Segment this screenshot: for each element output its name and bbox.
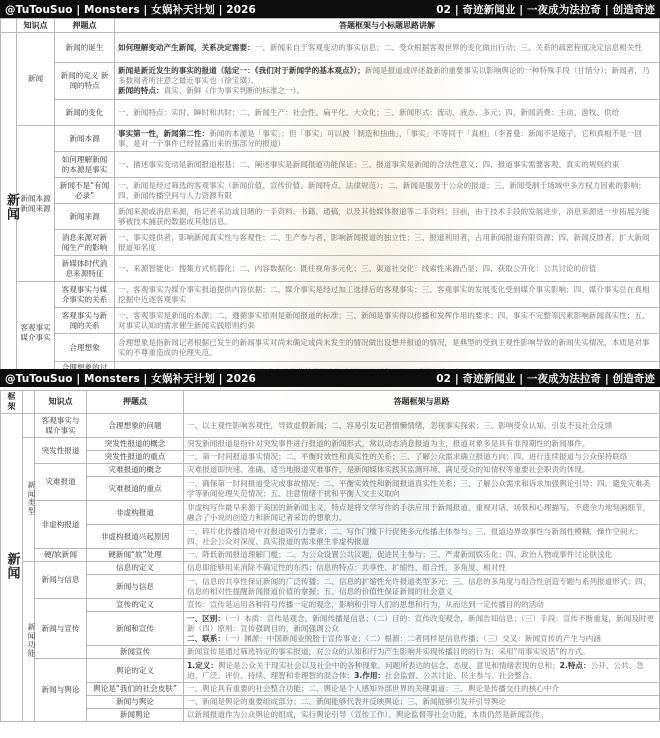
banner-left: @TuTouSuo | Monsters | 女娲补天计划 | 2026 bbox=[5, 371, 256, 386]
table-row: 新闻与舆论 一、新闻是舆论的重要组成部分；二、新闻能够代表并反映舆论；三、新闻能… bbox=[1, 696, 660, 709]
topic-cell: 非虚构报道 bbox=[35, 501, 87, 549]
table-row: 灾难报道的重点 一、确保第一时间报道受灾或事故情况；二、平衡实效性和新闻报道真实… bbox=[1, 477, 660, 501]
section-cell: 新闻类型 bbox=[23, 438, 35, 562]
header-banner: @TuTouSuo | Monsters | 女娲补天计划 | 2026 02 … bbox=[0, 369, 660, 387]
header-banner: @TuTouSuo | Monsters | 女娲补天计划 | 2026 02 … bbox=[0, 0, 660, 18]
header-answer: 答题框架与思路 bbox=[184, 391, 660, 414]
answer-cell: 新闻宣传是通过筛选特定的事实报道，对公众的认知和行为产生影响并实现传播目的的行为… bbox=[184, 646, 660, 659]
table-row: 突发性报道的重点 一、第一时间报道事实情况；二、平衡时效性和真实性的关系；三、了… bbox=[1, 451, 660, 464]
knowledge-table-2: 框架 知识点 押题点 答题框架与思路 新闻 客观事实与媒介事实 合理想象的问题 … bbox=[0, 390, 660, 722]
banner-left: @TuTouSuo | Monsters | 女娲补天计划 | 2026 bbox=[5, 2, 256, 17]
table-row: 新闻宣传 新闻宣传是通过筛选特定的事实报道，对公众的认知和行为产生影响并实现传播… bbox=[1, 646, 660, 659]
point-cell: 非虚构报道 bbox=[87, 501, 184, 525]
point-cell: 舆论的定义 bbox=[87, 659, 184, 683]
point-cell: 灾难报道的重点 bbox=[87, 477, 184, 501]
table-row: 新媒体时代消息来源特征 一、来源智能化：搜集方式机器化；二、内容数据化：既往视角… bbox=[1, 256, 660, 282]
topic-cell: 硬/软新闻 bbox=[35, 549, 87, 562]
table-row: 硬/软新闻 硬新闻“软”处理 一、降低新闻报道理解门槛；二、为公众设置公共议题，… bbox=[1, 549, 660, 562]
header-point: 押题点 bbox=[55, 19, 115, 33]
table-row: 新闻舆论 以新闻报道作为公众舆论的组成，实行舆论引导（宣传工作）、舆论监督等社会… bbox=[1, 709, 660, 722]
table-row: 灾难报道 灾难报道的概念 灾难报道即快速、准确、适当地报道灾难事件，是新闻媒体实… bbox=[1, 464, 660, 477]
table-row: 消息来源对新闻生产的影响 一、事实提供者，影响新闻真实性与客观性；二、生产参与者… bbox=[1, 230, 660, 256]
table-row: 客观事实与新闻的关系 一、客观事实是新闻的本源；二、遵循事实原则是新闻报道的标准… bbox=[1, 308, 660, 334]
table-row: 新闻 新闻 新闻的诞生 如何理解变动产生新闻，关系决定需要：一、新闻来自于客观变… bbox=[1, 33, 660, 63]
framework-cell: 新闻 bbox=[1, 33, 17, 385]
answer-cell: 一、事实提供者，影响新闻真实性与客观性；二、生产参与者，影响新闻报道的独立性；三… bbox=[115, 230, 660, 256]
topic-cell: 灾难报道 bbox=[35, 464, 87, 501]
topic-cell: 新闻与宣传 bbox=[35, 599, 87, 659]
point-cell: 突发性报道的概念 bbox=[87, 438, 184, 451]
answer-cell: 一、降低新闻报道理解门槛；二、为公众设置公共议题，促进民主参与；三、严肃新闻娱乐… bbox=[184, 549, 660, 562]
answer-cell: 一、以主观性影响客观性，导致虚假新闻；二、容易引发记者惰懒情绪，忽视事实探索；三… bbox=[184, 414, 660, 438]
table-header: 框架 知识点 押题点 答题框架与思路 bbox=[1, 391, 660, 414]
point-cell: 合理想象的问题 bbox=[87, 414, 184, 438]
answer-cell: 灾难报道即快速、准确、适当地报道灾难事件，是新闻媒体实践其监测环境、满足受众的知… bbox=[184, 464, 660, 477]
answer-cell: 一、信息的共享性保证新闻的广泛传播；二、信息的扩缩性允许报道类型多元；三、信息的… bbox=[184, 575, 660, 599]
point-cell: 硬新闻“软”处理 bbox=[87, 549, 184, 562]
table-row: 新闻不是“有闻必录” 一、新闻是经过筛选的客观事实（新闻价值、宣传价值、新闻特点… bbox=[1, 178, 660, 204]
table-row: 新闻与舆论 舆论的定义 1.定义：舆论是公众关于现实社会以及社会中的各种现象、问… bbox=[1, 659, 660, 683]
answer-cell: 新闻是新近发生的事实的报道（陆定一：《我们对于新闻学的基本观点》）；新闻是报道或… bbox=[115, 63, 660, 100]
point-cell: 新闻的诞生 bbox=[55, 33, 115, 63]
topic-cell: 新闻与信息 bbox=[35, 562, 87, 599]
table-row: 如何理解新闻的本源是事实 一、描述事实变动是新闻报道根基；二、阐述事实是新闻报道… bbox=[1, 152, 660, 178]
header-point: 押题点 bbox=[87, 391, 184, 414]
point-cell: 新闻的变化 bbox=[55, 100, 115, 126]
header-answer: 答题框架与小标题思路讲解 bbox=[115, 19, 660, 33]
header-topic: 知识点 bbox=[17, 19, 55, 33]
answer-cell: 一、描述事实变动是新闻报道根基；二、阐述事实是新闻报道功能保证；三、报道事实是新… bbox=[115, 152, 660, 178]
point-cell: 新媒体时代消息来源特征 bbox=[55, 256, 115, 282]
table-row: 新闻 客观事实与媒介事实 合理想象的问题 一、以主观性影响客观性，导致虚假新闻；… bbox=[1, 414, 660, 438]
point-cell: 客观事实与新闻的关系 bbox=[55, 308, 115, 334]
point-cell: 新闻宣传 bbox=[87, 646, 184, 659]
section-cell bbox=[23, 414, 35, 438]
header-framework bbox=[1, 19, 17, 33]
answer-cell: 非虚构写作最早来源于美国的新新闻主义，特点是将文学写作的手法应用于新闻报道，重视… bbox=[184, 501, 660, 525]
page-1: @TuTouSuo | Monsters | 女娲补天计划 | 2026 02 … bbox=[0, 0, 660, 385]
answer-cell: 以新闻报道作为公众舆论的组成，实行舆论引导（宣传工作）、舆论监督等社会功能，本质… bbox=[184, 709, 660, 722]
point-cell: 新闻与信息 bbox=[87, 575, 184, 599]
point-cell: 非虚构报道兴起原因 bbox=[87, 525, 184, 549]
point-cell: 信息的定义 bbox=[87, 562, 184, 575]
table-row: 舆论是“我们的社会皮肤” 一、舆论具有重要的社会整合功能；二、舆论是个人感知外部… bbox=[1, 683, 660, 696]
point-cell: 新闻本源 bbox=[55, 126, 115, 152]
answer-cell: 新闻来源或消息来源，指记者采访或目睹的一手资料、书籍、通稿，以及其他媒体报道等二… bbox=[115, 204, 660, 230]
answer-cell: 一、新闻特点：实时、瞬时和共时；二、新闻生产：社会性、扁平化、大众化；三、新闻形… bbox=[115, 100, 660, 126]
table-row: 客观事实 媒介事实 客观事实与媒介事实的关系 一、客观事实为媒介事实报道提供内容… bbox=[1, 282, 660, 308]
table-row: 新闻本源 新闻来源 新闻本源 事实第一性，新闻第二性：新闻的本源是「事实」；但「… bbox=[1, 126, 660, 152]
point-cell: 灾难报道的概念 bbox=[87, 464, 184, 477]
answer-cell: 事实第一性，新闻第二性：新闻的本源是「事实」；但「事实」可以被「制造和扭曲」，「… bbox=[115, 126, 660, 152]
point-cell: 如何理解新闻的本源是事实 bbox=[55, 152, 115, 178]
table-row: 新闻的变化 一、新闻特点：实时、瞬时和共时；二、新闻生产：社会性、扁平化、大众化… bbox=[1, 100, 660, 126]
answer-cell: 一、舆论具有重要的社会整合功能；二、舆论是个人感知外部世界的关键渠道；三、舆论是… bbox=[184, 683, 660, 696]
answer-cell: 一、来源智能化：搜集方式机器化；二、内容数据化：既往视角多元化；三、渠道社交化：… bbox=[115, 256, 660, 282]
answer-cell: 合理想象是指新闻记者根据已发生的新闻事实对尚未确定或尚未发生的情况做出设想并报道… bbox=[115, 334, 660, 362]
point-cell: 新闻舆论 bbox=[87, 709, 184, 722]
answer-cell: 一、确保第一时间报道受灾或事故情况；二、平衡实效性和新闻报道真实性关系；三、了解… bbox=[184, 477, 660, 501]
point-cell: 新闻与舆论 bbox=[87, 696, 184, 709]
topic-cell: 新闻 bbox=[17, 33, 55, 126]
answer-cell: 1.定义：舆论是公众关于现实社会以及社会中的各种现象、问题所表达的信念、态度、意… bbox=[184, 659, 660, 683]
table-row: 新闻与信息 一、信息的共享性保证新闻的广泛传播；二、信息的扩缩性允许报道类型多元… bbox=[1, 575, 660, 599]
topic-cell: 新闻与舆论 bbox=[35, 659, 87, 722]
answer-cell: 一、区别：（一）本质：宣传是观念，新闻传播是信息；（二）目的：宣传改变观念，新闻… bbox=[184, 612, 660, 646]
table-row: 新闻来源 新闻来源或消息来源，指记者采访或目睹的一手资料、书籍、通稿，以及其他媒… bbox=[1, 204, 660, 230]
table-row: 非虚构报道 非虚构报道 非虚构写作最早来源于美国的新新闻主义，特点是将文学写作的… bbox=[1, 501, 660, 525]
page-2: @TuTouSuo | Monsters | 女娲补天计划 | 2026 02 … bbox=[0, 369, 660, 722]
table-row: 新闻和宣传 一、区别：（一）本质：宣传是观念，新闻传播是信息；（二）目的：宣传改… bbox=[1, 612, 660, 646]
point-cell: 新闻和宣传 bbox=[87, 612, 184, 646]
banner-right: 02 | 奇迹新闻业 | 一夜成为法拉奇 | 创造奇迹 bbox=[436, 2, 655, 17]
answer-cell: 如何理解变动产生新闻，关系决定需要：一、新闻来自于客观变动的事实信息；二、受众根… bbox=[115, 33, 660, 63]
point-cell: 宣传的定义 bbox=[87, 599, 184, 612]
answer-cell: 一、碎片化传播语境中对报道吸引力要求；二、写作门槛下行促使多元传播主体参与；三、… bbox=[184, 525, 660, 549]
header-framework: 框架 bbox=[1, 391, 23, 414]
answer-cell: 一、客观事实为媒介事实报道提供内容依据；二、媒介事实是经过加工选择后的客观事实；… bbox=[115, 282, 660, 308]
section-cell: 新闻功能 bbox=[23, 562, 35, 722]
topic-cell: 客观事实与媒介事实 bbox=[35, 414, 87, 438]
framework-cell: 新闻 bbox=[1, 414, 23, 722]
answer-cell: 一、客观事实是新闻的本源；二、遵循事实原则是新闻报道的标准；三、新闻是事实得以传… bbox=[115, 308, 660, 334]
table-row: 新闻与宣传 宣传的定义 宣传：宣传是运用各种符号传播一定的观念，影响和引导人们的… bbox=[1, 599, 660, 612]
table-row: 新闻的定义 新闻的特点 新闻是新近发生的事实的报道（陆定一：《我们对于新闻学的基… bbox=[1, 63, 660, 100]
answer-cell: 信息即能够用来消除不确定性的东西；信息的特点：共享性、扩缩性、组合性、多角度、相… bbox=[184, 562, 660, 575]
table-header: 知识点 押题点 答题框架与小标题思路讲解 bbox=[1, 19, 660, 33]
knowledge-table-1: 知识点 押题点 答题框架与小标题思路讲解 新闻 新闻 新闻的诞生 如何理解变动产… bbox=[0, 18, 660, 385]
table-row: 合理想象 合理想象是指新闻记者根据已发生的新闻事实对尚未确定或尚未发生的情况做出… bbox=[1, 334, 660, 362]
point-cell: 新闻的定义 新闻的特点 bbox=[55, 63, 115, 100]
table-row: 新闻类型 突发性报道 突发性报道的概念 突发新闻报道是指针对突发事件进行报道的新… bbox=[1, 438, 660, 451]
answer-cell: 宣传：宣传是运用各种符号传播一定的观念，影响和引导人们的思想和行为，从而达到一定… bbox=[184, 599, 660, 612]
header-blank bbox=[23, 391, 35, 414]
answer-cell: 一、新闻是舆论的重要组成部分；二、新闻能够代表并反映舆论；三、新闻能够引发并引导… bbox=[184, 696, 660, 709]
table-row: 非虚构报道兴起原因 一、碎片化传播语境中对报道吸引力要求；二、写作门槛下行促使多… bbox=[1, 525, 660, 549]
answer-cell: 一、第一时间报道事实情况；二、平衡时效性和真实性的关系；三、了解公众需求确立报道… bbox=[184, 451, 660, 464]
answer-cell: 一、新闻是经过筛选的客观事实（新闻价值、宣传价值、新闻特点、法律规范）；二、新闻… bbox=[115, 178, 660, 204]
answer-cell: 突发新闻报道是指针对突发事件进行报道的新闻形式，常以动态消息报道为主，报道对象多… bbox=[184, 438, 660, 451]
point-cell: 消息来源对新闻生产的影响 bbox=[55, 230, 115, 256]
topic-cell: 新闻本源 新闻来源 bbox=[17, 126, 55, 282]
banner-right: 02 | 奇迹新闻业 | 一夜成为法拉奇 | 创造奇迹 bbox=[436, 371, 655, 386]
point-cell: 客观事实与媒介事实的关系 bbox=[55, 282, 115, 308]
point-cell: 新闻不是“有闻必录” bbox=[55, 178, 115, 204]
table-row: 新闻功能 新闻与信息 信息的定义 信息即能够用来消除不确定性的东西；信息的特点：… bbox=[1, 562, 660, 575]
point-cell: 舆论是“我们的社会皮肤” bbox=[87, 683, 184, 696]
point-cell: 新闻来源 bbox=[55, 204, 115, 230]
point-cell: 突发性报道的重点 bbox=[87, 451, 184, 464]
point-cell: 合理想象 bbox=[55, 334, 115, 362]
header-topic: 知识点 bbox=[35, 391, 87, 414]
topic-cell: 突发性报道 bbox=[35, 438, 87, 464]
